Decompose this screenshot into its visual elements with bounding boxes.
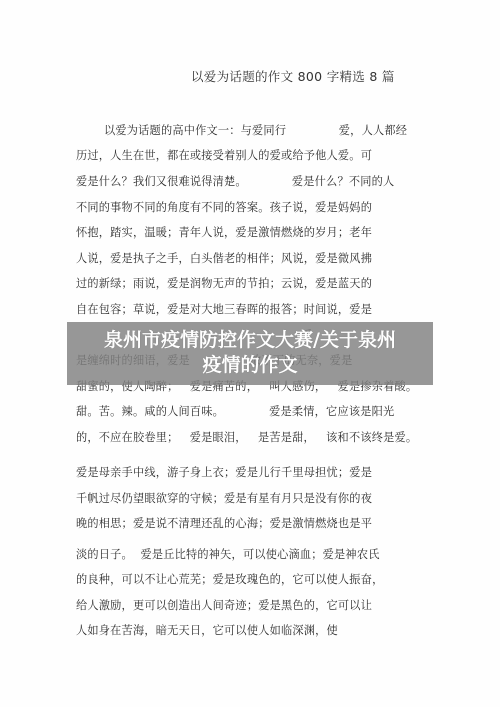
paragraph-line: 晚的相思；爱是说不清理还乱的心海；爱是激情燃烧也是平 — [76, 515, 372, 531]
paragraph-line: 怀抱，踏实，温暖；青年人说，爱是激情燃烧的岁月；老年 — [76, 224, 372, 240]
document-page: 以爱为话题的作文 800 字精选 8 篇 以爱为话题的高中作文一：与爱同行 爱，… — [0, 0, 500, 707]
paragraph-line: 历过，人生在世，都在或接受着别人的爱或给予他人爱。可 — [76, 147, 372, 163]
paragraph-line: 爱是母亲手中线，游子身上衣；爱是儿行千里母担忧；爱是 — [76, 464, 372, 480]
paragraph-line: 的良种，可以不让心荒芜；爱是玫瑰色的，它可以使人振奋， — [76, 571, 383, 587]
paragraph-line: 人说，爱是执子之手，白头偕老的相伴；风说，爱是微风拂 — [76, 250, 372, 266]
paragraph-line: 过的新绿；雨说，爱是润物无声的节拍；云说，爱是蓝天的 — [76, 275, 372, 291]
paragraph-line: 甜。苦。辣。咸的人间百味。 爱是柔情，它应该是阳光 — [76, 403, 394, 419]
overlay-banner-title: 泉州市疫情防控作文大赛/关于泉州 疫情的作文 — [67, 322, 433, 378]
document-title: 以爱为话题的作文 800 字精选 8 篇 — [191, 67, 395, 85]
overlay-banner-line2: 疫情的作文 — [67, 353, 433, 378]
paragraph-line: 自在包容；草说，爱是对大地三春晖的报答；时间说，爱是 — [76, 301, 372, 317]
overlay-banner-line1: 泉州市疫情防控作文大赛/关于泉州 — [67, 328, 433, 353]
paragraph-line: 以爱为话题的高中作文一：与爱同行 爱，人人都经 — [104, 122, 407, 138]
paragraph-line: 给人激励，更可以创造出人间奇迹；爱是黑色的，它可以让 — [76, 597, 372, 613]
paragraph-line: 爱是什么？我们又很难说得清楚。 爱是什么？不同的人 — [76, 173, 394, 189]
paragraph-line: 千帆过尽仍望眼欲穿的守候；爱是有星有月只是没有你的夜 — [76, 490, 372, 506]
paragraph-line: 的，不应在胶卷里； 爱是眼泪， 是苦是甜， 该和不该终是爱。 — [76, 429, 417, 445]
paragraph-line: 淡的日子。 爱是丘比特的神矢，可以使心滴血；爱是神农氏 — [76, 546, 380, 562]
paragraph-line: 人如身在苦海，暗无天日，它可以使人如临深渊，使 — [76, 622, 338, 638]
paragraph-line: 不同的事物不同的角度有不同的答案。孩子说，爱是妈妈的 — [76, 199, 372, 215]
